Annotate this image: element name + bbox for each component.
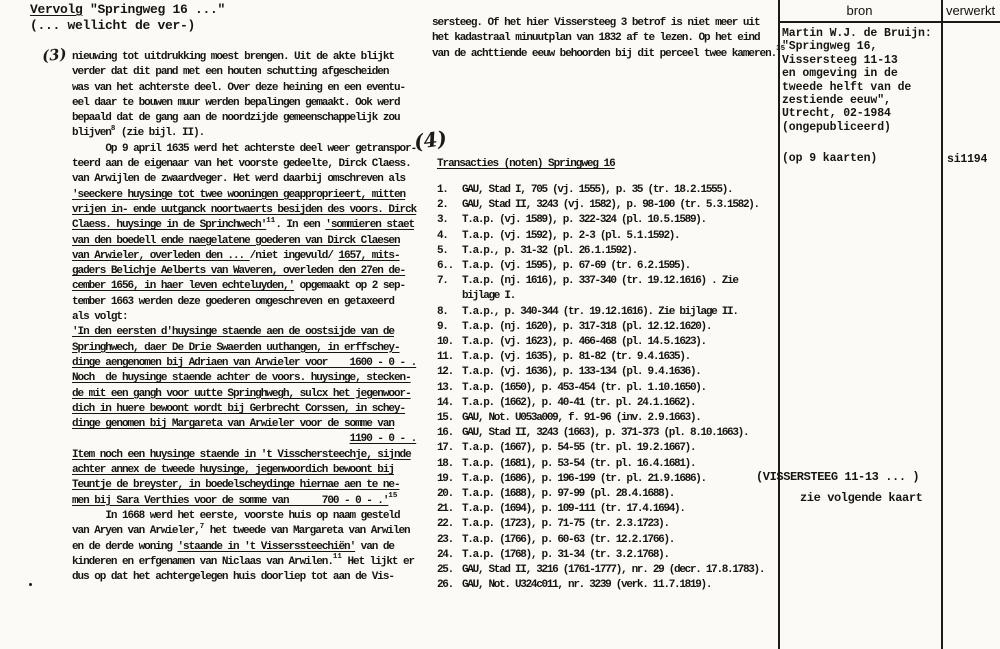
text-segment: dich in huere bewoont wordt bij Gerbrech… bbox=[72, 403, 405, 415]
text-line: cember 1656, in haer leven echteluyden,'… bbox=[72, 279, 417, 294]
ink-speck bbox=[29, 583, 32, 586]
note-item: 19.T.a.p. (1686), p. 196-199 (tr. pl. 21… bbox=[437, 472, 764, 487]
text-line: Op 9 april 1635 werd het achterste deel … bbox=[72, 142, 417, 157]
note-text: T.a.p. (1688), p. 97-99 (pl. 28.4.1688). bbox=[462, 487, 674, 502]
text-line: verder dat dit pand met een houten schut… bbox=[72, 65, 417, 80]
text-segment: Item noch een huysinge staende in 't Vis… bbox=[72, 449, 411, 461]
source-citation: Martin W.J. de Bruijn:"Springweg 16,Viss… bbox=[782, 27, 932, 134]
text-line: eel daar te bouwen muur werden bepalinge… bbox=[72, 96, 417, 111]
note-text: T.a.p. (vj. 1623), p. 466-468 (pl. 14.5.… bbox=[462, 335, 706, 350]
text-line: tember 1663 werden deze goederen omgesch… bbox=[72, 295, 417, 310]
note-number: 6.. bbox=[437, 259, 462, 274]
note-item: 8.T.a.p., p. 340-344 (tr. 19.12.1616). Z… bbox=[437, 305, 764, 320]
text-line: van de achttiende eeuw behoorden bij dit… bbox=[432, 47, 772, 62]
source-citation-line: "Springweg 16, bbox=[782, 40, 932, 53]
text-line: nieuwing tot uitdrukking moest brengen. … bbox=[72, 50, 417, 65]
text-segment: kinderen en erfgenamen van Niclaas van A… bbox=[72, 556, 333, 568]
table-header-rule bbox=[778, 21, 1000, 23]
text-line: 'seeckere huysinge tot twee wooningen ge… bbox=[72, 188, 417, 203]
text-segment: teerd aan de eigenaar van het voorste ge… bbox=[72, 158, 411, 170]
text-segment: bepaald dat de gang aan de noordzijde ge… bbox=[72, 112, 400, 124]
text-segment: Noch de huysinge staende achter de voors… bbox=[72, 372, 411, 384]
note-number: 23. bbox=[437, 533, 462, 548]
text-line: Noch de huysinge staende achter de voors… bbox=[72, 371, 417, 386]
source-citation-line: en omgeving in de bbox=[782, 67, 932, 80]
note-text: T.a.p. (1766), p. 60-63 (tr. 12.2.1766). bbox=[462, 533, 674, 548]
note-text: T.a.p. (1667), p. 54-55 (tr. pl. 19.2.16… bbox=[462, 441, 695, 456]
text-line: en de derde woning 'staande in 't Visser… bbox=[72, 540, 417, 555]
source-citation-line: tweede helft van de bbox=[782, 81, 932, 94]
note-item: 9.T.a.p. (nj. 1620), p. 317-318 (pl. 12.… bbox=[437, 320, 764, 335]
text-segment: van de achttiende eeuw behoorden bij dit… bbox=[432, 48, 776, 60]
text-segment: 'staande in 't Visserssteechiën' bbox=[177, 541, 355, 553]
text-segment: In 1668 werd het eerste, voorste huis op… bbox=[105, 510, 399, 522]
note-number: 14. bbox=[437, 396, 462, 411]
note-number: 11. bbox=[437, 350, 462, 365]
text-segment: Teuntje de breyster, in boedelscheydinge… bbox=[72, 479, 400, 491]
source-citation-line: Vissersteeg 11-13 bbox=[782, 54, 932, 67]
source-citation-line: (ongepubliceerd) bbox=[782, 121, 932, 134]
text-line: de mit een gangh voor uutte Springhwegh,… bbox=[72, 387, 417, 402]
text-line: als volgt: bbox=[72, 310, 417, 325]
note-text: bijlage I. bbox=[462, 289, 515, 304]
text-segment: van Aryen van Arwieler, bbox=[72, 525, 200, 537]
note-text: GAU, Stad I, 705 (vj. 1555), p. 35 (tr. … bbox=[462, 183, 732, 198]
text-line: dinge aengenomen bij Adriaen van Arwiele… bbox=[72, 356, 417, 371]
text-segment: Het lijkt er bbox=[342, 556, 414, 568]
text-segment: /niet ingevuld/ bbox=[250, 250, 339, 262]
text-line: Springhwech, daer De Drie Swaerden uutha… bbox=[72, 341, 417, 356]
note-number: 19. bbox=[437, 472, 462, 487]
text-line: In 1668 werd het eerste, voorste huis op… bbox=[72, 509, 417, 524]
footnote-superscript: 7 bbox=[200, 523, 205, 531]
note-text: T.a.p. (nj. 1616), p. 337-340 (tr. 19.12… bbox=[462, 274, 738, 289]
note-text: T.a.p. (vj. 1636), p. 133-134 (pl. 9.4.1… bbox=[462, 365, 701, 380]
text-line: vrijen in- ende uutganck noortwaerts bes… bbox=[72, 203, 417, 218]
note-number: 3. bbox=[437, 213, 462, 228]
text-line: Item noch een huysinge staende in 't Vis… bbox=[72, 448, 417, 463]
note-item: 7.T.a.p. (nj. 1616), p. 337-340 (tr. 19.… bbox=[437, 274, 764, 289]
note-number: 16. bbox=[437, 426, 462, 441]
note-item: 11.T.a.p. (vj. 1635), p. 81-82 (tr. 9.4.… bbox=[437, 350, 764, 365]
note-number: 12. bbox=[437, 365, 462, 380]
table-vertical-rule-left bbox=[778, 0, 780, 649]
text-segment: 1190 - 0 - . bbox=[350, 433, 417, 445]
column-header-bron: bron bbox=[778, 3, 941, 18]
note-text: GAU, Not. U324c011, nr. 3239 (verk. 11.7… bbox=[462, 578, 711, 593]
text-segment: 'sommieren staet bbox=[325, 219, 414, 231]
text-segment: Claess. huysinge in de Sprinchwech' bbox=[72, 219, 266, 231]
note-item: 4.T.a.p. (vj. 1592), p. 2-3 (pl. 5.1.159… bbox=[437, 229, 764, 244]
middle-column-intro-text: sersteeg. Of het hier Vissersteeg 3 betr… bbox=[432, 16, 772, 62]
note-number: 22. bbox=[437, 517, 462, 532]
text-line: Claess. huysinge in de Sprinchwech'11. I… bbox=[72, 218, 417, 233]
text-segment: Op 9 april 1635 werd het achterste deel … bbox=[105, 143, 416, 155]
text-segment: vrijen in- ende uutganck noortwaerts bes… bbox=[72, 204, 416, 216]
note-text: T.a.p. (1723), p. 71-75 (tr. 2.3.1723). bbox=[462, 517, 669, 532]
note-number: 8. bbox=[437, 305, 462, 320]
text-segment: van Arwijlen de zwaardveger. Het werd da… bbox=[72, 173, 405, 185]
text-segment: cember 1656, in haer leven echteluyden,' bbox=[72, 280, 294, 292]
text-segment: was van het achterste deel. Over deze he… bbox=[72, 82, 405, 94]
note-item: 14.T.a.p. (1662), p. 40-41 (tr. pl. 24.1… bbox=[437, 396, 764, 411]
text-segment: tember 1663 werden deze goederen omgesch… bbox=[72, 296, 394, 308]
note-item: 26.GAU, Not. U324c011, nr. 3239 (verk. 1… bbox=[437, 578, 764, 593]
note-item: 21.T.a.p. (1694), p. 109-111 (tr. 17.4.1… bbox=[437, 502, 764, 517]
text-line: 1190 - 0 - . bbox=[72, 432, 417, 447]
text-segment: gaders Belichje Aelberts van Waveren, ov… bbox=[72, 265, 405, 277]
note-number bbox=[437, 289, 462, 304]
page-title-line1: Vervolg "Springweg 16 ..." bbox=[30, 2, 225, 18]
notes-title-text: Transacties (noten) Springweg 16 bbox=[437, 158, 615, 170]
title-rest: "Springweg 16 ..." bbox=[83, 2, 226, 17]
text-segment: eel daar te bouwen muur werden bepalinge… bbox=[72, 97, 400, 109]
text-segment: 'In den eersten d'huysinge staende aen d… bbox=[72, 326, 394, 338]
text-line: van Arwieler, overleden den ... /niet in… bbox=[72, 249, 417, 264]
source-citation-line: Martin W.J. de Bruijn: bbox=[782, 27, 932, 40]
text-segment: nieuwing tot uitdrukking moest brengen. … bbox=[72, 51, 394, 63]
note-item: 23.T.a.p. (1766), p. 60-63 (tr. 12.2.176… bbox=[437, 533, 764, 548]
text-segment: sersteeg. Of het hier Vissersteeg 3 betr… bbox=[432, 17, 760, 29]
text-segment: Springhwech, daer De Drie Swaerden uutha… bbox=[72, 342, 400, 354]
left-column-text: nieuwing tot uitdrukking moest brengen. … bbox=[72, 50, 417, 585]
note-text: T.a.p. (1650), p. 453-454 (tr. pl. 1.10.… bbox=[462, 381, 706, 396]
text-line: achter annex de tweede huysinge, jegenwo… bbox=[72, 463, 417, 478]
continuation-note-line2: zie volgende kaart bbox=[800, 491, 922, 505]
note-text: T.a.p. (1768), p. 31-34 (tr. 3.2.1768). bbox=[462, 548, 669, 563]
note-item: 6..T.a.p. (vj. 1595), p. 67-69 (tr. 6.2.… bbox=[437, 259, 764, 274]
note-item: 10.T.a.p. (vj. 1623), p. 466-468 (pl. 14… bbox=[437, 335, 764, 350]
note-number: 2. bbox=[437, 198, 462, 213]
text-segment: blijven bbox=[72, 127, 111, 139]
note-number: 24. bbox=[437, 548, 462, 563]
footnote-superscript: 15 bbox=[388, 492, 397, 500]
note-item: 18.T.a.p. (1681), p. 53-54 (tr. pl. 16.4… bbox=[437, 457, 764, 472]
note-number: 7. bbox=[437, 274, 462, 289]
text-line: van Aryen van Arwieler,7 het tweede van … bbox=[72, 524, 417, 539]
footnote-superscript: 11 bbox=[266, 217, 275, 225]
note-number: 5. bbox=[437, 244, 462, 259]
note-text: T.a.p. (1662), p. 40-41 (tr. pl. 24.1.16… bbox=[462, 396, 695, 411]
note-text: GAU, Stad II, 3243 (vj. 1582), p. 98-100… bbox=[462, 198, 759, 213]
note-item: 20.T.a.p. (1688), p. 97-99 (pl. 28.4.168… bbox=[437, 487, 764, 502]
notes-title: Transacties (noten) Springweg 16 bbox=[437, 158, 615, 170]
handwritten-mark-4: (4) bbox=[412, 126, 448, 154]
note-text: T.a.p. (1694), p. 109-111 (tr. 17.4.1694… bbox=[462, 502, 685, 517]
text-line: dinge genomen bij Margareta van Arwieler… bbox=[72, 417, 417, 432]
text-segment: 'seeckere huysinge tot twee wooningen ge… bbox=[72, 189, 405, 201]
note-item: 2.GAU, Stad II, 3243 (vj. 1582), p. 98-1… bbox=[437, 198, 764, 213]
text-line: gaders Belichje Aelberts van Waveren, ov… bbox=[72, 264, 417, 279]
note-number: 25. bbox=[437, 563, 462, 578]
note-item: bijlage I. bbox=[437, 289, 764, 304]
text-segment: dinge genomen bij Margareta van Arwieler… bbox=[72, 418, 394, 430]
text-line: men bij Sara Verthies voor de somme van … bbox=[72, 494, 417, 509]
text-line: het kadastraal minuutplan van 1832 af te… bbox=[432, 31, 772, 46]
text-segment: het kadastraal minuutplan van 1832 af te… bbox=[432, 32, 760, 44]
text-segment: (zie bijl. II). bbox=[115, 127, 204, 139]
note-number: 1. bbox=[437, 183, 462, 198]
footnote-superscript: 11 bbox=[333, 553, 342, 561]
note-text: T.a.p. (nj. 1620), p. 317-318 (pl. 12.12… bbox=[462, 320, 711, 335]
note-text: T.a.p. (vj. 1595), p. 67-69 (tr. 6.2.159… bbox=[462, 259, 690, 274]
verwerkt-code: si1194 bbox=[947, 153, 987, 166]
note-number: 18. bbox=[437, 457, 462, 472]
text-segment: van Arwieler, overleden den ... bbox=[72, 250, 250, 262]
text-segment: dinge aengenomen bij Adriaen van Arwiele… bbox=[72, 357, 416, 369]
note-number: 4. bbox=[437, 229, 462, 244]
note-item: 16.GAU, Stad II, 3243 (1663), p. 371-373… bbox=[437, 426, 764, 441]
note-item: 5.T.a.p., p. 31-32 (pl. 26.1.1592). bbox=[437, 244, 764, 259]
source-citation-line: Utrecht, 02-1984 bbox=[782, 107, 932, 120]
note-item: 24.T.a.p. (1768), p. 31-34 (tr. 3.2.1768… bbox=[437, 548, 764, 563]
text-line: dus op dat het achtergelegen huis doorli… bbox=[72, 570, 417, 585]
note-number: 15. bbox=[437, 411, 462, 426]
text-segment: van den boedell ende naegelatene goedere… bbox=[72, 235, 400, 247]
text-line: Teuntje de breyster, in boedelscheydinge… bbox=[72, 478, 417, 493]
handwritten-mark-3: (3) bbox=[41, 45, 67, 65]
text-segment: opgemaakt op 2 sep- bbox=[294, 280, 405, 292]
text-segment: van de bbox=[355, 541, 394, 553]
text-line: van Arwijlen de zwaardveger. Het werd da… bbox=[72, 172, 417, 187]
note-item: 25.GAU, Stad II, 3216 (1761-1777), nr. 2… bbox=[437, 563, 764, 578]
text-line: 'In den eersten d'huysinge staende aen d… bbox=[72, 325, 417, 340]
text-line: sersteeg. Of het hier Vissersteeg 3 betr… bbox=[432, 16, 772, 31]
text-line: dich in huere bewoont wordt bij Gerbrech… bbox=[72, 402, 417, 417]
text-segment: de mit een gangh voor uutte Springhwegh,… bbox=[72, 388, 411, 400]
text-line: van den boedell ende naegelatene goedere… bbox=[72, 234, 417, 249]
note-item: 13.T.a.p. (1650), p. 453-454 (tr. pl. 1.… bbox=[437, 381, 764, 396]
text-segment: en de derde woning bbox=[72, 541, 177, 553]
note-text: GAU, Stad II, 3216 (1761-1777), nr. 29 (… bbox=[462, 563, 764, 578]
note-number: 17. bbox=[437, 441, 462, 456]
text-segment: 1657, mits- bbox=[338, 250, 399, 262]
note-text: GAU, Stad II, 3243 (1663), p. 371-373 (p… bbox=[462, 426, 748, 441]
text-segment: het tweede van Margareta van Arwilen bbox=[204, 525, 409, 537]
text-segment: achter annex de tweede huysinge, jegenwo… bbox=[72, 464, 394, 476]
note-text: T.a.p. (vj. 1635), p. 81-82 (tr. 9.4.163… bbox=[462, 350, 690, 365]
text-segment: dus op dat het achtergelegen huis doorli… bbox=[72, 571, 394, 583]
page-title: Vervolg "Springweg 16 ..." (... wellicht… bbox=[30, 2, 225, 34]
note-text: T.a.p. (1681), p. 53-54 (tr. pl. 16.4.16… bbox=[462, 457, 695, 472]
table-vertical-rule-right bbox=[941, 0, 943, 649]
text-line: was van het achterste deel. Over deze he… bbox=[72, 81, 417, 96]
source-maps-note: (op 9 kaarten) bbox=[782, 152, 877, 165]
notes-list: 1.GAU, Stad I, 705 (vj. 1555), p. 35 (tr… bbox=[437, 183, 764, 593]
note-number: 13. bbox=[437, 381, 462, 396]
column-header-verwerkt: verwerkt bbox=[941, 3, 1000, 18]
note-item: 17.T.a.p. (1667), p. 54-55 (tr. pl. 19.2… bbox=[437, 441, 764, 456]
note-number: 20. bbox=[437, 487, 462, 502]
continuation-note-line1: (VISSERSTEEG 11-13 ... ) bbox=[756, 470, 919, 484]
text-segment: . In een bbox=[275, 219, 325, 231]
note-text: T.a.p. (vj. 1592), p. 2-3 (pl. 5.1.1592)… bbox=[462, 229, 679, 244]
note-number: 21. bbox=[437, 502, 462, 517]
source-citation-line: zestiende eeuw", bbox=[782, 94, 932, 107]
text-line: blijven8 (zie bijl. II). bbox=[72, 126, 417, 141]
text-segment: verder dat dit pand met een houten schut… bbox=[72, 66, 388, 78]
note-number: 10. bbox=[437, 335, 462, 350]
page-title-line2: (... wellicht de ver-) bbox=[30, 18, 225, 34]
text-segment: als volgt: bbox=[72, 311, 128, 323]
text-line: bepaald dat de gang aan de noordzijde ge… bbox=[72, 111, 417, 126]
note-item: 22.T.a.p. (1723), p. 71-75 (tr. 2.3.1723… bbox=[437, 517, 764, 532]
note-text: T.a.p. (vj. 1589), p. 322-324 (pl. 10.5.… bbox=[462, 213, 706, 228]
note-number: 9. bbox=[437, 320, 462, 335]
note-text: T.a.p. (1686), p. 196-199 (tr. pl. 21.9.… bbox=[462, 472, 706, 487]
note-number: 26. bbox=[437, 578, 462, 593]
footnote-superscript: 8 bbox=[111, 125, 116, 133]
text-line: kinderen en erfgenamen van Niclaas van A… bbox=[72, 555, 417, 570]
text-segment: men bij Sara Verthies voor de somme van … bbox=[72, 495, 388, 507]
text-line: teerd aan de eigenaar van het voorste ge… bbox=[72, 157, 417, 172]
note-item: 1.GAU, Stad I, 705 (vj. 1555), p. 35 (tr… bbox=[437, 183, 764, 198]
note-text: GAU, Not. U053a009, f. 91-96 (inv. 2.9.1… bbox=[462, 411, 701, 426]
note-item: 3.T.a.p. (vj. 1589), p. 322-324 (pl. 10.… bbox=[437, 213, 764, 228]
title-underlined-word: Vervolg bbox=[30, 2, 83, 17]
note-text: T.a.p., p. 31-32 (pl. 26.1.1592). bbox=[462, 244, 637, 259]
note-item: 12.T.a.p. (vj. 1636), p. 133-134 (pl. 9.… bbox=[437, 365, 764, 380]
note-text: T.a.p., p. 340-344 (tr. 19.12.1616). Zie… bbox=[462, 305, 738, 320]
note-item: 15.GAU, Not. U053a009, f. 91-96 (inv. 2.… bbox=[437, 411, 764, 426]
